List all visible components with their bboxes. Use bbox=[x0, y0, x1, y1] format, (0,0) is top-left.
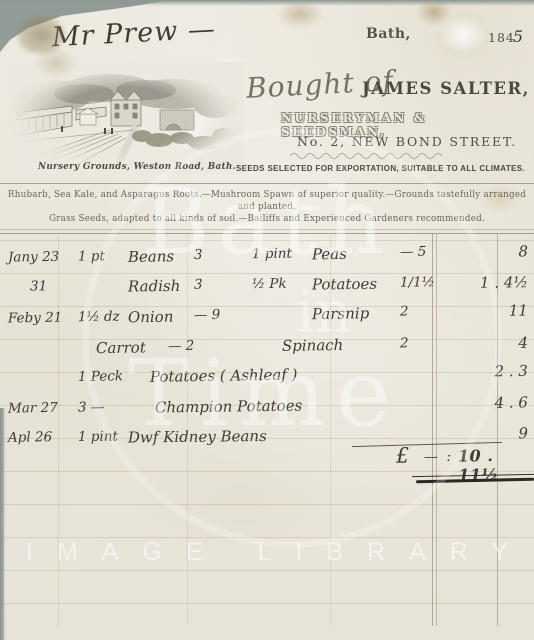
entry-amount: 4 bbox=[452, 334, 532, 353]
entry-qty: 1½ dz bbox=[78, 309, 120, 326]
entry-amount: 1 . 4½ bbox=[452, 273, 532, 292]
entry-item: Onion bbox=[128, 308, 174, 327]
corner-stain-2 bbox=[26, 40, 86, 86]
entry-item: Potatoes ( Ashleaf ) bbox=[150, 366, 298, 386]
ledger-top-rule bbox=[0, 233, 534, 234]
entry-price: — 9 bbox=[194, 307, 221, 323]
services-line-2: Grass Seeds, adapted to all kinds of soi… bbox=[0, 213, 534, 225]
entry-item: Radish bbox=[128, 277, 181, 296]
entry-item: Carrot bbox=[96, 338, 146, 357]
decorative-squiggle bbox=[288, 151, 448, 159]
place-label: Bath, bbox=[366, 26, 411, 42]
entry-item: Champion Potatoes bbox=[155, 397, 303, 417]
scanned-invoice-page: Nursery Grounds, Weston Road, Bath. Mr P… bbox=[0, 0, 534, 640]
entry-qty: 1 pint bbox=[78, 429, 118, 445]
vignette-caption: Nursery Grounds, Weston Road, Bath. bbox=[38, 162, 236, 172]
services-line-1: Rhubarb, Sea Kale, and Asparagus Roots.—… bbox=[0, 189, 534, 213]
entry-date: 31 bbox=[30, 278, 47, 294]
entry-qty2: ½ Pk bbox=[252, 276, 287, 292]
year-field: 1845 bbox=[488, 27, 524, 46]
services-paragraph: Rhubarb, Sea Kale, and Asparagus Roots.—… bbox=[0, 189, 534, 225]
scan-backing-left-edge bbox=[0, 408, 5, 640]
entry-qty: 1 pt bbox=[78, 248, 105, 264]
entry-item: Beans bbox=[128, 247, 174, 266]
entry-amount: 8 bbox=[452, 242, 532, 261]
header-rule bbox=[0, 183, 534, 184]
entry-amount: 11 bbox=[452, 301, 532, 320]
entry-amount: 2 . 3 bbox=[452, 362, 532, 381]
entry-price2: — 5 bbox=[400, 244, 427, 260]
entry-date: Jany 23 bbox=[8, 249, 59, 266]
street-address: No. 2, NEW BOND STREET. bbox=[297, 134, 517, 149]
entry-price: 3 bbox=[194, 277, 203, 293]
entry-item: Dwf Kidney Beans bbox=[128, 427, 267, 446]
entry-price: 3 bbox=[194, 247, 203, 263]
entry-qty: 1 Peck bbox=[78, 368, 123, 385]
entry-date: Apl 26 bbox=[8, 429, 52, 445]
entry-price2: 2 bbox=[400, 335, 409, 351]
entry-date: Feby 21 bbox=[8, 310, 63, 327]
entry-item2: Parsnip bbox=[312, 304, 370, 323]
year-handwritten: 5 bbox=[513, 27, 524, 46]
entry-item2: Spinach bbox=[282, 336, 344, 355]
entry-price2: 2 bbox=[400, 304, 409, 320]
entry-amount: 4 . 6 bbox=[452, 393, 532, 412]
entry-item2: Potatoes bbox=[312, 275, 377, 294]
entry-amount: 9 bbox=[452, 424, 532, 443]
merchant-name: JAMES SALTER, bbox=[362, 79, 530, 98]
export-slogan: SEEDS SELECTED FOR EXPORTATION, SUITABLE… bbox=[236, 164, 525, 173]
entry-price: — 2 bbox=[168, 338, 195, 354]
entry-item2: Peas bbox=[312, 245, 347, 263]
total-dash: — : bbox=[424, 449, 453, 466]
total-currency: £ bbox=[396, 444, 410, 468]
ledger-top-rule-thin bbox=[0, 229, 534, 230]
entry-date: Mar 27 bbox=[8, 400, 58, 417]
entry-price2: 1/1½ bbox=[400, 274, 435, 290]
entry-qty: 3 — bbox=[78, 399, 105, 415]
year-printed: 184 bbox=[488, 30, 515, 45]
watermark-footer: IMAGE LIBRARY bbox=[0, 538, 534, 567]
entry-qty2: 1 pint bbox=[252, 246, 292, 263]
